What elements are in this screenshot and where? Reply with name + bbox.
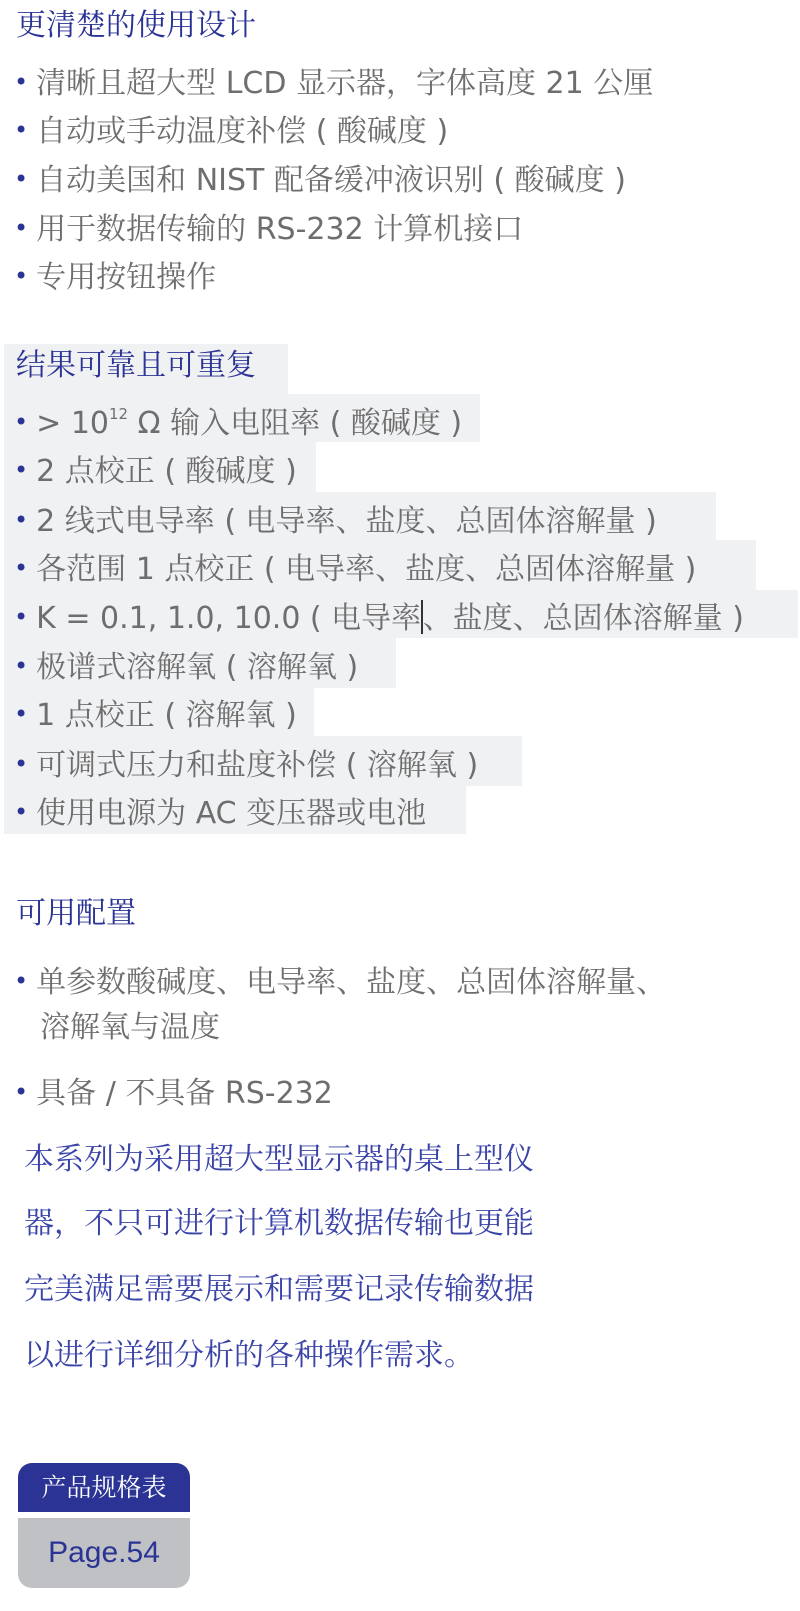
bullet-icon: • xyxy=(14,165,28,193)
bullet-icon: • xyxy=(14,554,28,582)
bullet-icon: • xyxy=(14,68,28,96)
list-item: •2 线式电导率 ( 电导率、盐度、总固体溶解量 ) xyxy=(14,496,657,540)
spec-sheet-label[interactable]: 产品规格表 xyxy=(18,1463,190,1512)
bullet-icon: • xyxy=(14,506,28,534)
bullet-icon: • xyxy=(14,798,28,826)
list-item: •2 点校正 ( 酸碱度 ) xyxy=(14,446,297,490)
list-item: •1 点校正 ( 溶解氧 ) xyxy=(14,690,297,734)
spec-sheet-page-link[interactable]: Page.54 xyxy=(18,1518,190,1588)
bullet-icon: • xyxy=(14,456,28,484)
section-heading-design: 更清楚的使用设计 xyxy=(16,0,256,44)
bullet-icon: • xyxy=(14,750,28,778)
list-item: •K = 0.1, 1.0, 10.0 ( 电导率、盐度、总固体溶解量 ) xyxy=(14,593,744,637)
list-item: •清晰且超大型 LCD 显示器，字体高度 21 公厘 xyxy=(14,58,653,102)
description-line: 本系列为采用超大型显示器的桌上型仪 xyxy=(24,1134,534,1178)
list-item: •自动或手动温度补偿 ( 酸碱度 ) xyxy=(14,106,448,150)
list-item: •自动美国和 NIST 配备缓冲液识别 ( 酸碱度 ) xyxy=(14,155,626,199)
bullet-icon: • xyxy=(14,603,28,631)
list-item: •极谱式溶解氧 ( 溶解氧 ) xyxy=(14,642,358,686)
bullet-icon: • xyxy=(14,967,28,995)
list-item: •可调式压力和盐度补偿 ( 溶解氧 ) xyxy=(14,740,478,784)
section-heading-configurations: 可用配置 xyxy=(16,888,136,932)
list-item-continuation: 溶解氧与温度 xyxy=(40,1002,220,1046)
list-item: •具备 / 不具备 RS-232 xyxy=(14,1068,333,1112)
bullet-icon: • xyxy=(14,1078,28,1106)
list-item: •使用电源为 AC 变压器或电池 xyxy=(14,788,426,832)
description-line: 以进行详细分析的各种操作需求。 xyxy=(24,1330,474,1374)
list-item: •> 1012 Ω 输入电阻率 ( 酸碱度 ) xyxy=(14,398,462,442)
list-item: •用于数据传输的 RS-232 计算机接口 xyxy=(14,204,523,248)
bullet-icon: • xyxy=(14,652,28,680)
bullet-icon: • xyxy=(14,408,28,436)
bullet-icon: • xyxy=(14,116,28,144)
bullet-icon: • xyxy=(14,214,28,242)
list-item: •单参数酸碱度、电导率、盐度、总固体溶解量、 xyxy=(14,957,666,1001)
description-line: 完美满足需要展示和需要记录传输数据 xyxy=(24,1264,534,1308)
list-item: •各范围 1 点校正 ( 电导率、盐度、总固体溶解量 ) xyxy=(14,544,696,588)
description-line: 器，不只可进行计算机数据传输也更能 xyxy=(24,1198,534,1242)
section-heading-reliable: 结果可靠且可重复 xyxy=(16,340,256,384)
bullet-icon: • xyxy=(14,262,28,290)
list-item: •专用按钮操作 xyxy=(14,252,216,296)
bullet-icon: • xyxy=(14,700,28,728)
